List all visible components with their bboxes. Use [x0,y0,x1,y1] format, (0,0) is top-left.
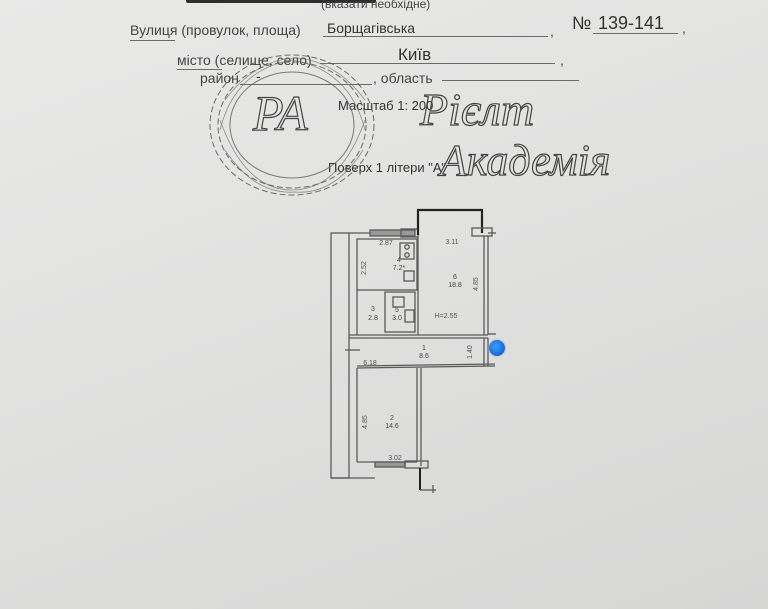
svg-text:4.85: 4.85 [362,415,369,429]
floor-plan: 4 7.2* 6 18.8 3 2.8 5 3.0 1 8.6 2 14.6 2… [0,0,768,609]
svg-text:2.8: 2.8 [368,315,378,322]
svg-text:8.6: 8.6 [419,353,429,360]
svg-text:7.2*: 7.2* [393,265,406,272]
svg-text:6.18: 6.18 [363,360,377,367]
svg-text:2.52: 2.52 [361,261,368,275]
svg-text:3.0: 3.0 [392,315,402,322]
svg-text:2: 2 [390,415,394,422]
svg-text:3: 3 [371,306,375,313]
svg-text:3.11: 3.11 [445,239,458,246]
svg-text:3.02: 3.02 [388,455,402,462]
svg-text:4.85: 4.85 [473,277,480,291]
svg-text:14.6: 14.6 [385,423,399,430]
location-marker[interactable] [489,340,505,356]
svg-text:5: 5 [395,307,399,314]
svg-text:18.8: 18.8 [448,282,462,289]
svg-text:2.87: 2.87 [379,240,393,247]
svg-text:4: 4 [397,257,401,264]
svg-text:1: 1 [422,345,426,352]
svg-text:1.40: 1.40 [467,345,474,359]
svg-text:6: 6 [453,274,457,281]
svg-text:H=2.55: H=2.55 [435,313,458,320]
